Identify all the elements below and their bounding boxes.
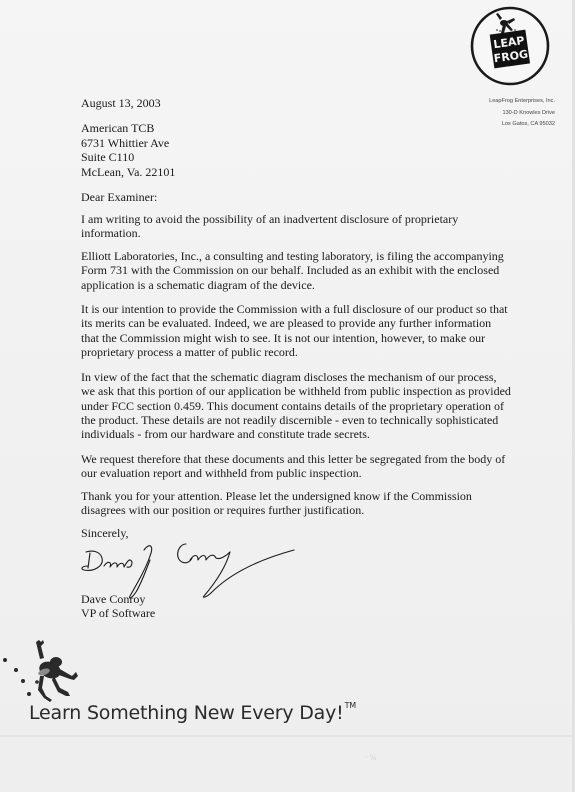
signer-name: Dave Conroy: [81, 592, 145, 607]
recipient-city: McLean, Va. 22101: [81, 165, 175, 180]
paragraph-line: the product. These details are not readi…: [81, 413, 531, 427]
paragraph-line: information.: [81, 226, 531, 240]
paragraph-line: Thank you for your attention. Please let…: [81, 489, 531, 503]
body-paragraph: Elliott Laboratories, Inc., a consulting…: [81, 249, 531, 292]
recipient-street: 6731 Whittier Ave: [81, 136, 175, 151]
letter-page: LEAP FROG LeapFrog Enterprises, Inc. 130…: [0, 0, 575, 792]
company-address: LeapFrog Enterprises, Inc. 130-D Knowles…: [455, 96, 555, 131]
paragraph-line: its merits can be evaluated. Indeed, we …: [81, 316, 531, 330]
body-paragraph: In view of the fact that the schematic d…: [81, 370, 531, 441]
paragraph-line: under FCC section 0.459. This document c…: [81, 399, 531, 413]
body-paragraph: I am writing to avoid the possibility of…: [81, 212, 531, 241]
company-name: LeapFrog Enterprises, Inc.: [455, 96, 555, 108]
signer-title: VP of Software: [81, 606, 155, 621]
salutation: Dear Examiner:: [81, 190, 157, 205]
paragraph-line: Form 731 with the Commission on our beha…: [81, 263, 531, 277]
paragraph-line: In view of the fact that the schematic d…: [81, 370, 531, 384]
company-city: Los Gatos, CA 95032: [455, 119, 555, 131]
footer-tagline: Learn Something New Every Day!TM: [29, 702, 356, 724]
paragraph-line: disagrees with our position or requires …: [81, 503, 531, 517]
recipient-address: American TCB 6731 Whittier Ave Suite C11…: [81, 121, 175, 179]
letter-date: August 13, 2003: [81, 96, 161, 111]
paragraph-line: Elliott Laboratories, Inc., a consulting…: [81, 249, 531, 263]
leaping-frog-icon: [0, 638, 90, 710]
scan-artifact-line: [0, 735, 575, 737]
leapfrog-logo-icon: LEAP FROG: [470, 6, 550, 86]
paragraph-line: It is our intention to provide the Commi…: [81, 302, 531, 316]
paragraph-line: our evaluation report and withheld from …: [81, 466, 531, 480]
paragraph-line: that the Commission might wish to see. I…: [81, 331, 531, 345]
body-paragraph: We request therefore that these document…: [81, 452, 531, 481]
body-paragraph: It is our intention to provide the Commi…: [81, 302, 531, 359]
recipient-name: American TCB: [81, 121, 175, 136]
paragraph-line: We request therefore that these document…: [81, 452, 531, 466]
recipient-suite: Suite C110: [81, 150, 175, 165]
paragraph-line: we ask that this portion of our applicat…: [81, 384, 531, 398]
paragraph-line: individuals - from our hardware and cons…: [81, 427, 531, 441]
scan-smudge: · %: [365, 753, 376, 762]
company-street: 130-D Knowles Drive: [455, 108, 555, 120]
trademark-mark: TM: [345, 701, 356, 710]
paragraph-line: application is a schematic diagram of th…: [81, 278, 531, 292]
body-paragraph: Thank you for your attention. Please let…: [81, 489, 531, 518]
tagline-text: Learn Something New Every Day!: [29, 702, 344, 724]
paragraph-line: I am writing to avoid the possibility of…: [81, 212, 531, 226]
paragraph-line: proprietary process a matter of public r…: [81, 345, 531, 359]
